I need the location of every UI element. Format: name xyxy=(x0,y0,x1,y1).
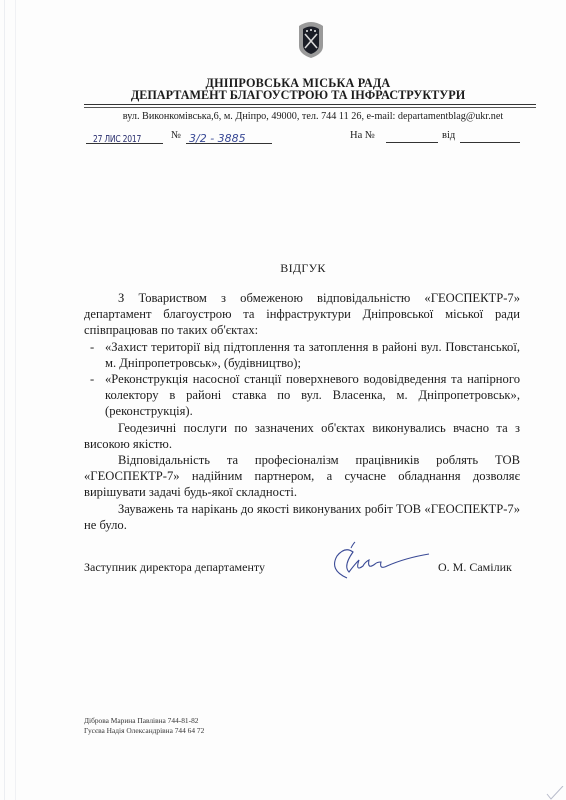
body-paragraph: Зауважень та нарікань до якості виконува… xyxy=(84,501,520,533)
reply-date-blank xyxy=(460,142,520,143)
document-body: З Товариством з обмеженою відповідальніс… xyxy=(84,290,520,533)
reply-number-blank xyxy=(386,142,438,143)
list-item: -«Захист території від підтоплення та за… xyxy=(84,339,520,371)
city-coat-of-arms-icon xyxy=(296,18,326,60)
document-title: ВІДГУК xyxy=(0,261,566,276)
objects-list: -«Захист території від підтоплення та за… xyxy=(84,339,520,420)
intro-paragraph: З Товариством з обмеженою відповідальніс… xyxy=(84,290,520,339)
contact-line: Діброва Марина Павлівна 744-81-82 xyxy=(84,716,204,726)
date-stamp: 27 ЛИС 2017 xyxy=(93,134,141,145)
footer-contacts: Діброва Марина Павлівна 744-81-82 Гусєва… xyxy=(84,716,204,735)
contact-line: Гусєва Надія Олександрівна 744 64 72 xyxy=(84,726,204,736)
number-label: № xyxy=(171,130,181,141)
body-paragraph: Відповідальність та професіоналізм праці… xyxy=(84,452,520,501)
signatory-position: Заступник директора департаменту xyxy=(84,560,265,575)
body-paragraph: Геодезичні послуги по зазначених об'єкта… xyxy=(84,420,520,452)
reply-number-label: На № xyxy=(350,130,375,141)
signatory-name: О. М. Самілик xyxy=(438,560,512,575)
letterhead-rule xyxy=(84,104,536,105)
department-name: ДЕПАРТАМЕНТ БЛАГОУСТРОЮ ТА ІНФРАСТРУКТУР… xyxy=(0,88,566,103)
outgoing-number: 3/2 - 3885 xyxy=(189,132,246,145)
check-mark-icon xyxy=(545,786,565,800)
list-item: -«Реконструкція насосної станції поверхн… xyxy=(84,371,520,420)
reply-date-label: від xyxy=(442,130,455,141)
outgoing-number-field: 3/2 - 3885 xyxy=(186,129,272,144)
letterhead-rule-thin xyxy=(84,107,536,108)
handwritten-signature-icon xyxy=(325,540,435,586)
department-address: вул. Виконкомівська,6, м. Дніпро, 49000,… xyxy=(0,111,566,122)
date-stamp-field: 27 ЛИС 2017 xyxy=(86,129,163,144)
